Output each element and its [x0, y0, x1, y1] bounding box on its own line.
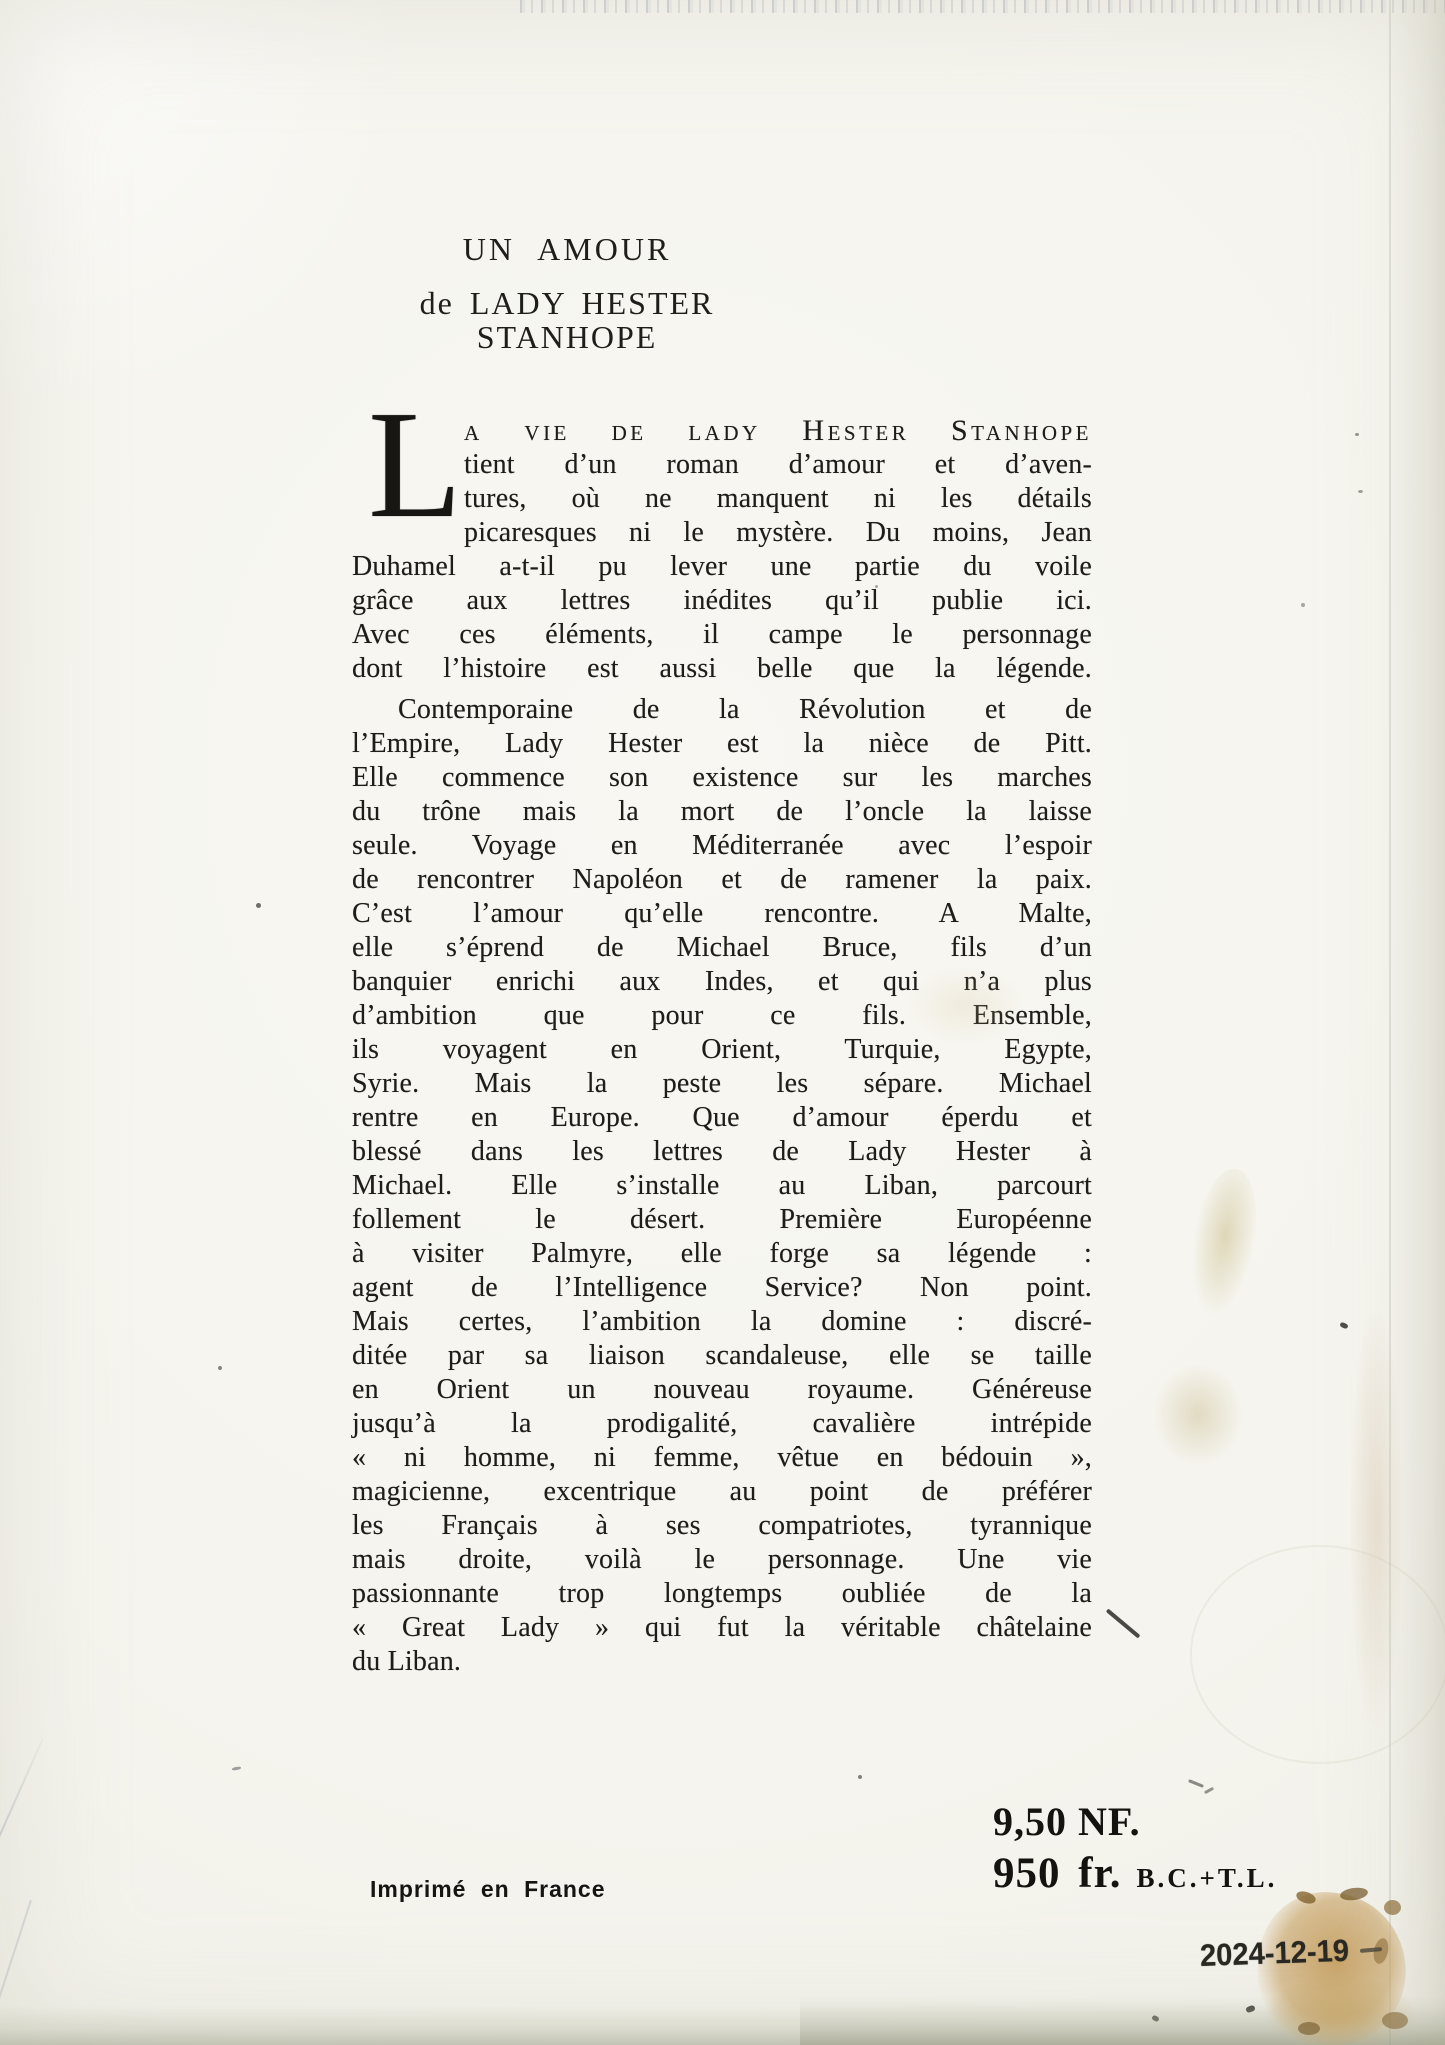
blurb-text-block: L a vie de lady Hester Stanhope tient d’…: [352, 414, 1092, 1679]
body-text-line: du Liban.: [352, 1645, 1092, 1679]
paper-speck: [218, 1366, 222, 1370]
body-text-line: Avec ces éléments, il campe le personnag…: [352, 618, 1092, 652]
body-text-line: du trône mais la mort de l’oncle la lais…: [352, 795, 1092, 829]
price-old-francs-value: 950 fr.: [993, 1852, 1121, 1895]
stain-clump: [1295, 1889, 1317, 1906]
book-title-line1: UN AMOUR: [352, 232, 782, 266]
stain-clump: [1384, 1900, 1401, 1915]
scanned-book-back-cover: UN AMOUR de LADY HESTER STANHOPE L a vie…: [0, 0, 1445, 2045]
stain-blob-right-margin: [1152, 1362, 1244, 1467]
body-text-line: Michael. Elle s’installe au Liban, parco…: [352, 1169, 1092, 1203]
paper-speck: [858, 1775, 862, 1779]
body-text-line: Elle commence son existence sur les marc…: [352, 761, 1092, 795]
date-stamp: 2024-12-19: [1199, 1933, 1349, 1974]
scan-right-edge-shading: [1387, 0, 1445, 2045]
imprint-line: Imprimé en France: [370, 1876, 606, 1903]
paragraph-2: Contemporaine de la Révolution et del’Em…: [352, 693, 1092, 1679]
small-ink-stroke: [1204, 1787, 1214, 1794]
paper-speck: [875, 585, 878, 588]
scan-corner-highlight: [0, 0, 420, 420]
body-text-line: Duhamel a-t-il pu lever une partie du vo…: [352, 550, 1092, 584]
body-text-line: follement le désert. Première Européenne: [352, 1203, 1092, 1237]
paper-speck: [232, 1766, 241, 1771]
body-text-line: Syrie. Mais la peste les sépare. Michael: [352, 1067, 1092, 1101]
body-text-line: elle s’éprend de Michael Bruce, fils d’u…: [352, 931, 1092, 965]
body-text-line: à visiter Palmyre, elle forge sa légende…: [352, 1237, 1092, 1271]
body-text-line: C’est l’amour qu’elle rencontre. A Malte…: [352, 897, 1092, 931]
paragraph-1: L a vie de lady Hester Stanhope tient d’…: [352, 414, 1092, 686]
body-text-line: banquier enrichi aux Indes, et qui n’a p…: [352, 965, 1092, 999]
paper-speck: [1339, 1322, 1348, 1330]
body-text-line: les Français à ses compatriotes, tyranni…: [352, 1509, 1092, 1543]
paper-speck: [256, 903, 261, 908]
stain-streak-right-margin: [1182, 1164, 1267, 1322]
scan-bottom-right-shading: [800, 1996, 1445, 2045]
body-text-line: mais droite, voilà le personnage. Une vi…: [352, 1543, 1092, 1577]
body-text-line: jusqu’à la prodigalité, cavalière intrép…: [352, 1407, 1092, 1441]
body-text-line: blessé dans les lettres de Lady Hester à: [352, 1135, 1092, 1169]
body-text-line: Mais certes, l’ambition la domine : disc…: [352, 1305, 1092, 1339]
book-title-line2: de LADY HESTER STANHOPE: [352, 286, 782, 354]
body-text-line: agent de l’Intelligence Service? Non poi…: [352, 1271, 1092, 1305]
body-text-line: de rencontrer Napoléon et de ramener la …: [352, 863, 1092, 897]
body-text-line: grâce aux lettres inédites qu’il publie …: [352, 584, 1092, 618]
body-text-line: ils voyagent en Orient, Turquie, Egypte,: [352, 1033, 1092, 1067]
body-text-line: en Orient un nouveau royaume. Généreuse: [352, 1373, 1092, 1407]
body-text-line: ditée par sa liaison scandaleuse, elle s…: [352, 1339, 1092, 1373]
body-text-line: passionnante trop longtemps oubliée de l…: [352, 1577, 1092, 1611]
body-text-line: magicienne, excentrique au point de préf…: [352, 1475, 1092, 1509]
body-text-line: picaresques ni le mystère. Du moins, Jea…: [352, 516, 1092, 550]
small-ink-stroke: [1188, 1779, 1204, 1788]
body-text-line: rentre en Europe. Que d’amour éperdu et: [352, 1101, 1092, 1135]
price-old-francs: 950 fr. B.C.+T.L.: [993, 1852, 1277, 1895]
body-text-line: seule. Voyage en Méditerranée avec l’esp…: [352, 829, 1092, 863]
stain-clump: [1298, 2022, 1320, 2035]
scan-top-edge-marks: [520, 0, 1445, 13]
price-new-francs: 9,50 NF.: [993, 1802, 1141, 1842]
paper-speck: [1355, 433, 1359, 436]
stain-clump: [1339, 1886, 1368, 1902]
body-text-line: l’Empire, Lady Hester est la nièce de Pi…: [352, 727, 1092, 761]
price-old-francs-suffix: B.C.+T.L.: [1136, 1863, 1277, 1894]
body-text-line: dont l’histoire est aussi belle que la l…: [352, 652, 1092, 686]
paper-speck: [1301, 603, 1305, 607]
page-crease-right: [1389, 0, 1391, 2045]
body-text-line: d’ambition que pour ce fils. Ensemble,: [352, 999, 1092, 1033]
body-text-line: « Great Lady » qui fut la véritable chât…: [352, 1611, 1092, 1645]
stain-clump: [1382, 2012, 1408, 2029]
body-text-line: Contemporaine de la Révolution et de: [352, 693, 1092, 727]
paper-speck: [1358, 490, 1363, 493]
drop-cap-letter: L: [368, 388, 462, 542]
pen-mark-backslash: [1106, 1608, 1141, 1638]
body-text-line: « ni homme, ni femme, vêtue en bédouin »…: [352, 1441, 1092, 1475]
